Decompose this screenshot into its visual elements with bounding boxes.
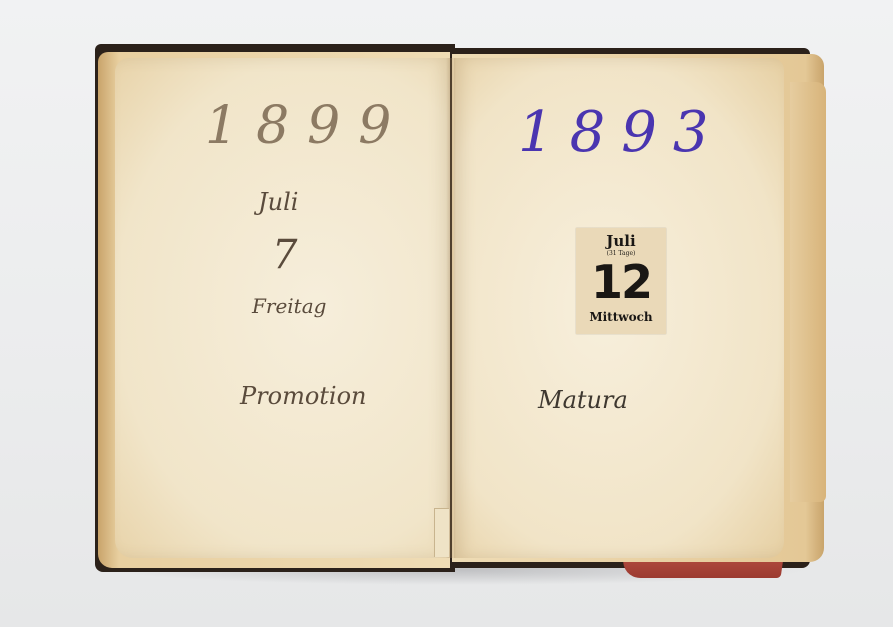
book-gutter	[446, 58, 456, 558]
calendar-month: Juli	[576, 232, 666, 250]
calendar-weekday: Mittwoch	[576, 310, 666, 324]
left-year: 1899	[205, 96, 409, 156]
left-weekday: Freitag	[252, 294, 326, 318]
right-year: 1893	[518, 100, 725, 165]
calendar-slip: Juli (31 Tage) 12 Mittwoch	[576, 228, 666, 334]
left-month: Juli	[258, 188, 298, 216]
left-note: Promotion	[240, 382, 367, 410]
calendar-day: 12	[576, 256, 666, 308]
torn-page-corner	[434, 508, 449, 557]
left-day: 7	[272, 232, 297, 278]
right-note: Matura	[538, 386, 628, 414]
photo-scene: 1899 Juli 7 Freitag Promotion 1893 Juli …	[0, 0, 893, 627]
loose-page-flap	[790, 82, 826, 502]
